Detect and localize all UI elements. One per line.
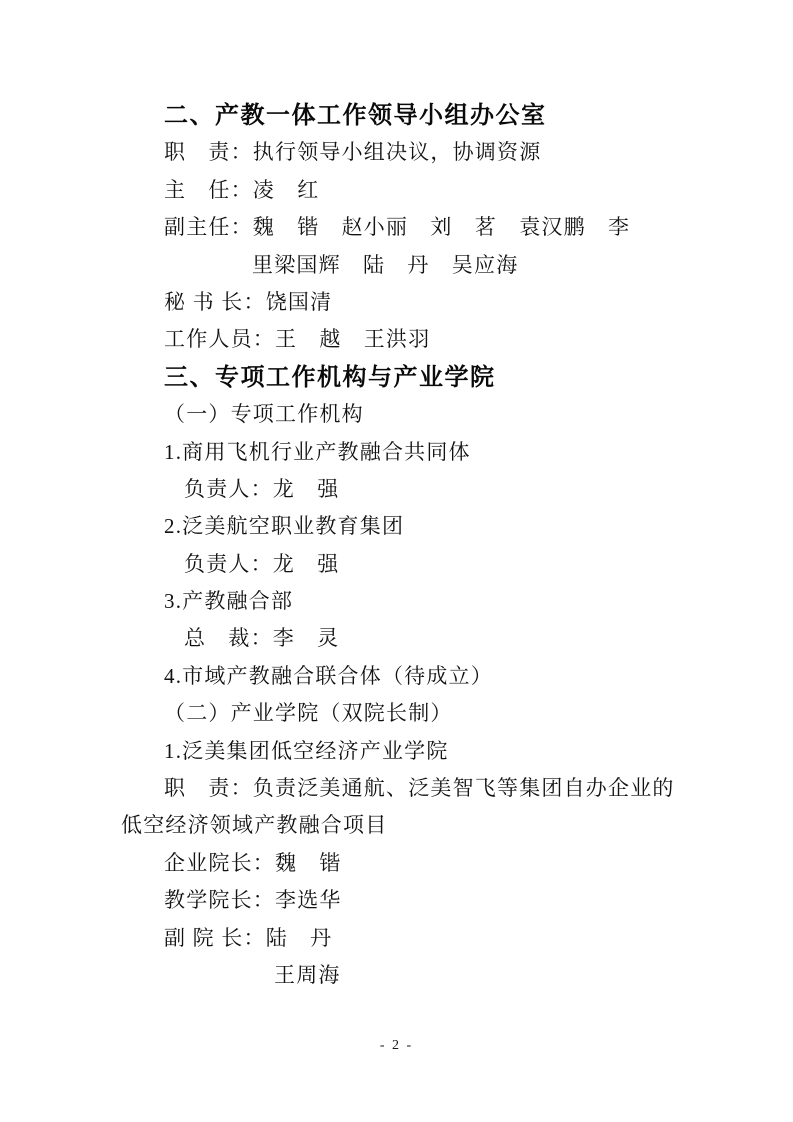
document-line: 3.产教融合部 xyxy=(121,583,693,620)
document-line: 总 裁：李 灵 xyxy=(121,620,693,657)
section-heading: 三、专项工作机构与产业学院 xyxy=(121,359,693,396)
document-line: 工作人员：王 越 王洪羽 xyxy=(121,321,693,358)
document-line: 1.商用飞机行业产教融合共同体 xyxy=(121,434,693,471)
page-footer: - 2 - xyxy=(0,1038,793,1054)
document-page: 二、产教一体工作领导小组办公室职 责：执行领导小组决议，协调资源主 任：凌 红副… xyxy=(0,0,793,1122)
document-line: 教学院长：李选华 xyxy=(121,882,693,919)
document-line: 副 院 长：陆 丹 xyxy=(121,920,693,957)
document-line: 职 责：负责泛美通航、泛美智飞等集团自办企业的 xyxy=(121,770,693,807)
document-line: 4.市域产教融合联合体（待成立） xyxy=(121,658,693,695)
document-line: 企业院长：魏 锴 xyxy=(121,845,693,882)
document-line: 负责人：龙 强 xyxy=(121,546,693,583)
document-line: 职 责：执行领导小组决议，协调资源 xyxy=(121,134,693,171)
document-line: 秘 书 长：饶国清 xyxy=(121,284,693,321)
section-heading: 二、产教一体工作领导小组办公室 xyxy=(121,97,693,134)
document-body: 二、产教一体工作领导小组办公室职 责：执行领导小组决议，协调资源主 任：凌 红副… xyxy=(121,97,693,994)
document-line: 里梁国辉 陆 丹 吴应海 xyxy=(121,247,693,284)
document-line: 副主任：魏 锴 赵小丽 刘 茗 袁汉鹏 李 xyxy=(121,209,693,246)
document-line: 2.泛美航空职业教育集团 xyxy=(121,508,693,545)
document-line: 负责人：龙 强 xyxy=(121,471,693,508)
document-line: （一）专项工作机构 xyxy=(121,396,693,433)
document-line: 1.泛美集团低空经济产业学院 xyxy=(121,733,693,770)
document-line: 低空经济领域产教融合项目 xyxy=(121,807,693,844)
page-number: - 2 - xyxy=(380,1038,413,1053)
document-line: 主 任：凌 红 xyxy=(121,172,693,209)
document-line: 王周海 xyxy=(121,957,693,994)
document-line: （二）产业学院（双院长制） xyxy=(121,695,693,732)
